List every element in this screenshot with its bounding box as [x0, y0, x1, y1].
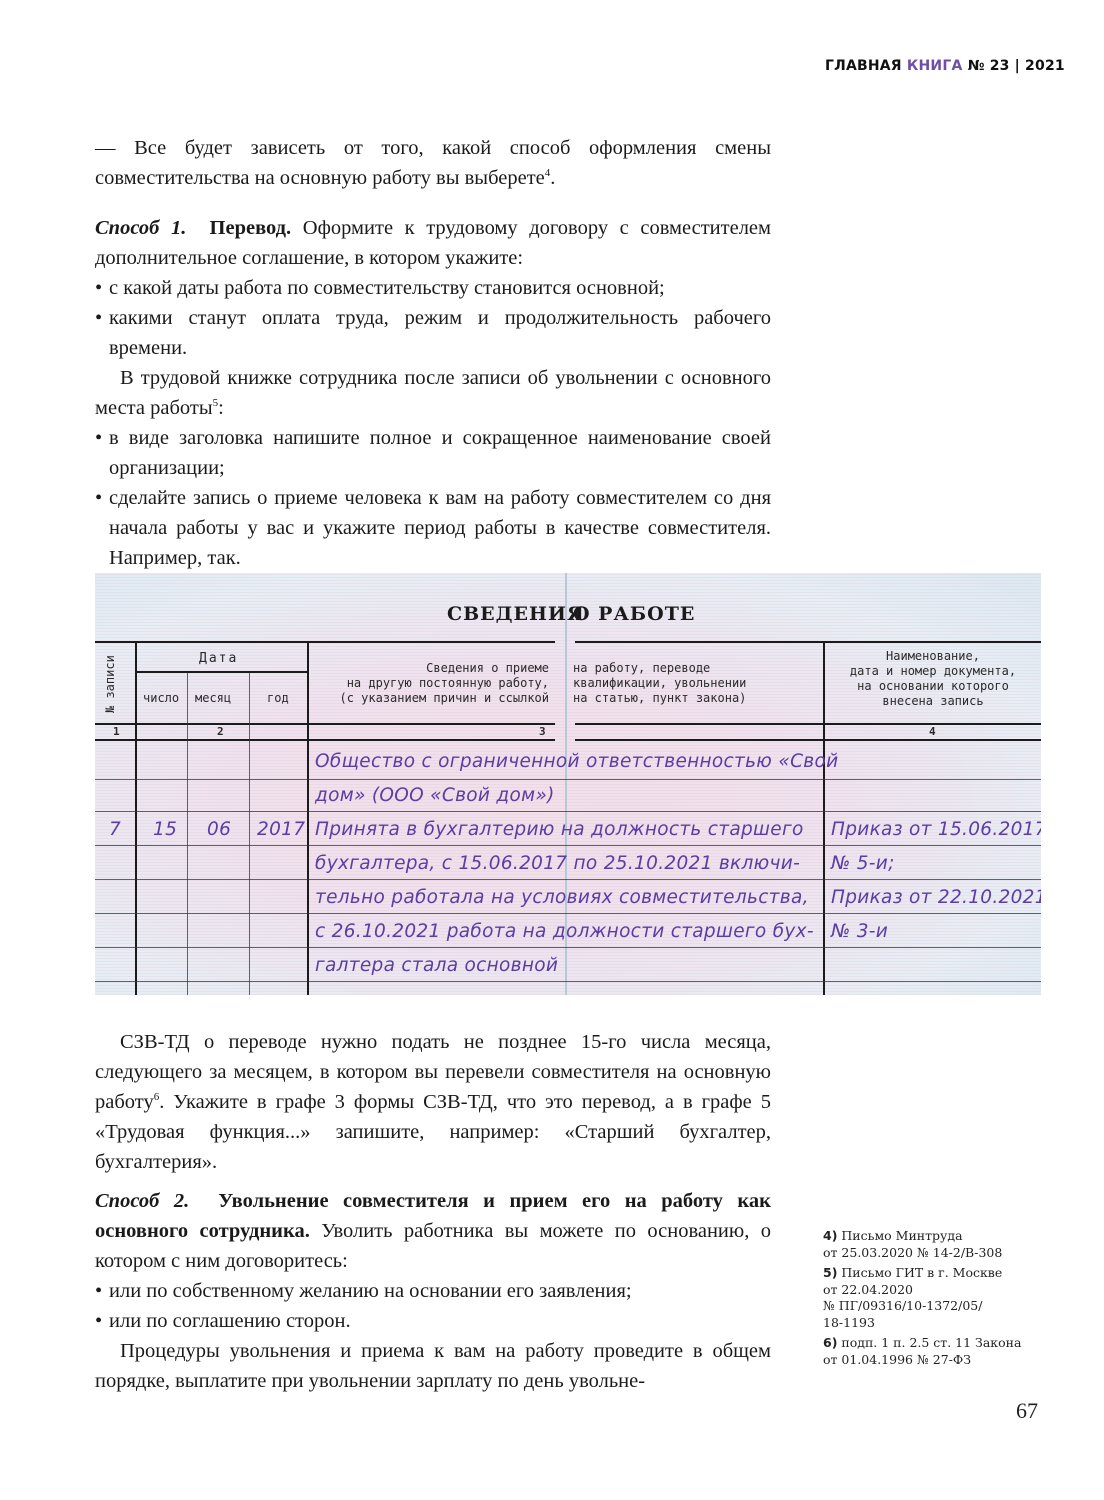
list-item: или по собственному желанию на основании…: [95, 1276, 771, 1306]
list-item: какими станут оплата труда, режим и прод…: [95, 303, 771, 363]
entry-line: галтера стала основной: [315, 955, 558, 976]
entry-month: 06: [207, 819, 231, 840]
brand-name-accent: КНИГА: [907, 58, 963, 74]
intro-paragraph: — Все будет зависеть от того, какой спос…: [95, 133, 771, 193]
method1-intro: Способ 1. Перевод. Оформите к трудовому …: [95, 213, 771, 273]
entry-basis-line: Приказ от 15.06.2017: [831, 819, 1041, 840]
method2-section: Способ 2. Увольнение совместителя и прие…: [95, 1186, 771, 1396]
list-item: или по соглашению сторон.: [95, 1306, 771, 1336]
szv-paragraph: СЗВ-ТД о переводе нужно подать не поздне…: [95, 1027, 771, 1177]
footnote-6: 6) подп. 1 п. 2.5 ст. 11 Закона от 01.04…: [823, 1335, 1053, 1368]
list-item: сделайте запись о приеме человека к вам …: [95, 483, 771, 573]
entry-year: 2017: [257, 819, 305, 840]
labor-book-example: СВЕДЕНИЯ О РАБОТЕ № записи Дата число ме…: [95, 573, 1041, 995]
col-num-1: 1: [113, 724, 120, 739]
method2-para2: Процедуры увольнения и приема к вам на р…: [95, 1336, 771, 1396]
entry-basis-line: Приказ от 22.10.2021: [831, 887, 1041, 908]
footnotes: 4) Письмо Минтруда от 25.03.2020 № 14-2/…: [823, 1228, 1053, 1372]
col-num-2: 2: [217, 724, 224, 739]
method1-label: Способ 1.: [95, 217, 186, 239]
method2-intro: Способ 2. Увольнение совместителя и прие…: [95, 1186, 771, 1276]
szv-section: СЗВ-ТД о переводе нужно подать не поздне…: [95, 1027, 771, 1177]
method2-label: Способ 2.: [95, 1190, 189, 1212]
running-header: ГЛАВНАЯ КНИГА № 23 | 2021: [825, 58, 1065, 74]
footnote-5: 5) Письмо ГИТ в г. Москве от 22.04.2020 …: [823, 1265, 1053, 1331]
col4-header: Наименование, дата и номер документа, на…: [825, 649, 1041, 709]
col-day-label: число: [143, 691, 179, 706]
method1-title: Перевод.: [210, 217, 292, 239]
entry-line: дом» (ООО «Свой дом»): [315, 785, 555, 806]
page-number: 67: [1016, 1398, 1038, 1424]
entry-record-no: 7: [109, 819, 121, 840]
method1-section: Способ 1. Перевод. Оформите к трудовому …: [95, 213, 771, 573]
issue-number: № 23 | 2021: [968, 58, 1065, 74]
entry-day: 15: [153, 819, 177, 840]
entry-line: тельно работала на условиях совместитель…: [315, 887, 809, 908]
col-num-3: 3: [539, 724, 546, 739]
book-title-left: СВЕДЕНИЯ: [447, 603, 585, 625]
col-num-4: 4: [929, 724, 936, 739]
list-item: в виде заголовка напишите полное и сокра…: [95, 423, 771, 483]
entry-basis-line: № 3-и: [831, 921, 888, 942]
entry-line: Принята в бухгалтерию на должность старш…: [315, 819, 804, 840]
brand-name: ГЛАВНАЯ: [825, 58, 902, 74]
entry-line: бухгалтера, с 15.06.2017 по 25.10.2021 в…: [315, 853, 800, 874]
entry-line: с 26.10.2021 работа на должности старшег…: [315, 921, 814, 942]
col3-header-left: Сведения о приеме на другую постоянную р…: [339, 661, 549, 706]
col-year-label: год: [267, 691, 289, 706]
entry-basis-line: № 5-и;: [831, 853, 895, 874]
col-month-label: месяц: [195, 691, 231, 706]
col-record-no-label: № записи: [103, 655, 118, 713]
col-date-label: Дата: [199, 651, 238, 666]
book-title-right: О РАБОТЕ: [573, 603, 695, 625]
footnote-4: 4) Письмо Минтруда от 25.03.2020 № 14-2/…: [823, 1228, 1053, 1261]
intro-text: — Все будет зависеть от того, какой спос…: [95, 133, 771, 193]
list-item: с какой даты работа по совместительству …: [95, 273, 771, 303]
method1-para2: В трудовой книжке сотрудника после запис…: [95, 363, 771, 423]
col3-header-right: на работу, переводе квалификации, увольн…: [573, 661, 746, 706]
entry-line: Общество с ограниченной ответственностью…: [315, 751, 838, 772]
